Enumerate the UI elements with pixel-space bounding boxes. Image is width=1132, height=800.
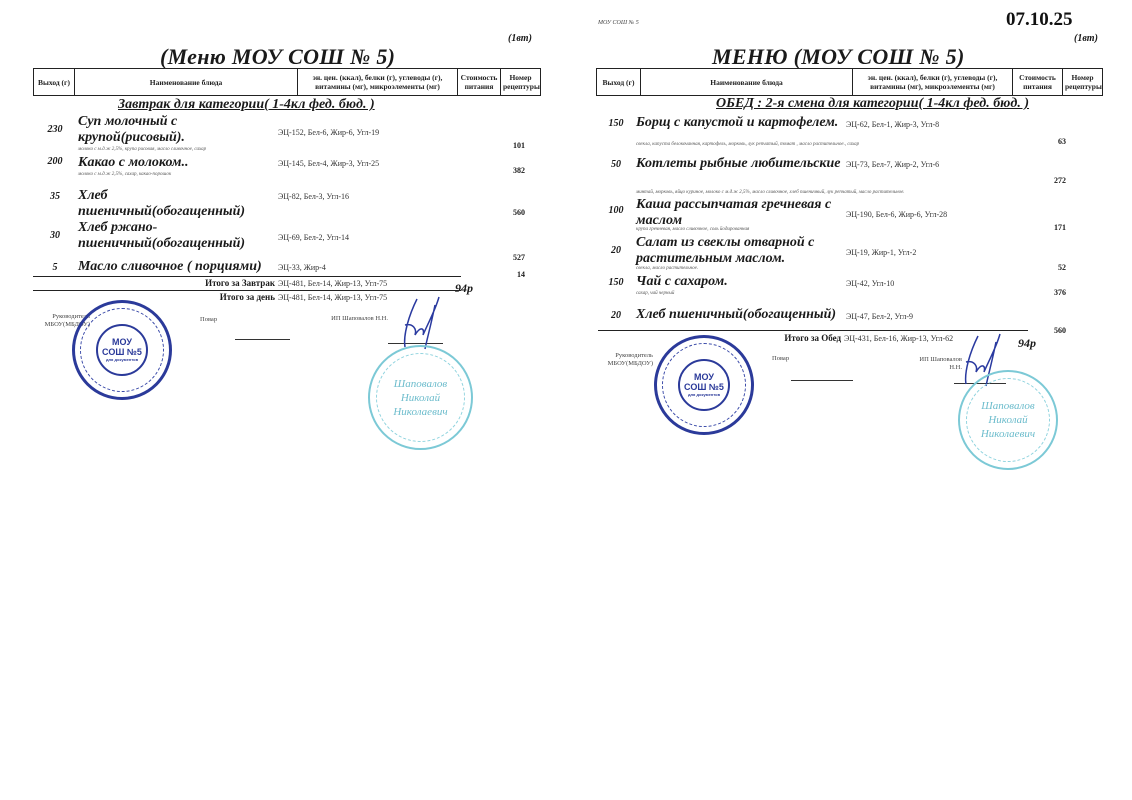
item-nutrition: ЭЦ-47, Бел-2, Угл-9 bbox=[846, 312, 913, 321]
item-yield: 20 bbox=[601, 245, 631, 256]
menu-header-table: Выход (г) Наименование блюда эн. цен. (к… bbox=[596, 68, 1103, 96]
item-nutrition: ЭЦ-69, Бел-2, Угл-14 bbox=[278, 233, 349, 242]
header-nutrition: эн. цен. (ккал), белки (г), углеводы (г)… bbox=[298, 69, 458, 96]
item-dish: Суп молочный с крупой(рисовый). bbox=[78, 114, 238, 146]
header-nutrition: эн. цен. (ккал), белки (г), углеводы (г)… bbox=[853, 69, 1013, 96]
ip-stamp: Шаповалов Николай Николаевич bbox=[368, 345, 473, 450]
cook-label: Повар bbox=[772, 355, 802, 363]
header-dish: Наименование блюда bbox=[641, 69, 853, 96]
total-day-label: Итого за день bbox=[120, 292, 275, 302]
item-yield: 20 bbox=[601, 310, 631, 321]
item-recipe: 560 bbox=[495, 208, 525, 217]
school-stamp: МОУ СОШ №5 для документов bbox=[654, 335, 754, 435]
item-dish: Каша рассыпчатая гречневая с маслом bbox=[636, 197, 836, 229]
item-yield: 150 bbox=[601, 118, 631, 129]
stamp-text: СОШ №5 bbox=[684, 382, 724, 392]
portion-label: (1вт) bbox=[508, 33, 532, 44]
item-yield: 50 bbox=[601, 159, 631, 170]
item-recipe: 63 bbox=[1036, 137, 1066, 146]
portion-label: (1вт) bbox=[1074, 33, 1098, 44]
item-dish: Масло сливочное ( порциями) bbox=[78, 259, 278, 275]
item-recipe: 272 bbox=[1036, 176, 1066, 185]
item-yield: 5 bbox=[40, 262, 70, 273]
supplier-label: ИП Шаповалов Н.Н. bbox=[906, 356, 962, 372]
item-yield: 200 bbox=[40, 156, 70, 167]
item-dish: Салат из свеклы отварной с растительным … bbox=[636, 235, 826, 267]
price: 94р bbox=[1018, 336, 1036, 351]
item-recipe: 527 bbox=[495, 253, 525, 262]
item-dish: Чай с сахаром. bbox=[636, 274, 836, 290]
item-ingredients: минтай, морковь, яйцо куриное, молоко с … bbox=[636, 190, 905, 195]
item-yield: 230 bbox=[40, 124, 70, 135]
divider bbox=[33, 276, 461, 277]
stamp-text: Николай bbox=[401, 391, 440, 405]
item-dish: Котлеты рыбные любительские bbox=[636, 156, 856, 172]
item-yield: 150 bbox=[601, 277, 631, 288]
item-nutrition: ЭЦ-190, Бел-6, Жир-6, Угл-28 bbox=[846, 210, 947, 219]
menu-date: 07.10.25 bbox=[1006, 9, 1073, 31]
item-dish: Какао с молоком.. bbox=[78, 155, 278, 171]
total-meal-nutrition: ЭЦ-431, Бел-16, Жир-13, Угл-62 bbox=[844, 334, 953, 343]
item-nutrition: ЭЦ-42, Угл-10 bbox=[846, 279, 894, 288]
item-ingredients: молоко с м.д.ж 2,5%, крупа рисовая, масл… bbox=[78, 147, 206, 152]
item-ingredients: молоко с м.д.ж 2,5%, сахар, какао-порошо… bbox=[78, 172, 171, 177]
divider bbox=[33, 290, 461, 291]
stamp-text: Николай bbox=[988, 413, 1027, 427]
header-recipe: Номер рецептуры bbox=[501, 69, 541, 96]
total-meal-nutrition: ЭЦ-481, Бел-14, Жир-13, Угл-75 bbox=[278, 279, 387, 288]
item-nutrition: ЭЦ-33, Жир-4 bbox=[278, 263, 326, 272]
item-ingredients: свекла, масло растительное. bbox=[636, 266, 698, 271]
item-nutrition: ЭЦ-19, Жир-1, Угл-2 bbox=[846, 248, 916, 257]
item-ingredients: сахар, чай черный bbox=[636, 291, 674, 296]
item-dish: Борщ с капустой и картофелем. bbox=[636, 115, 856, 131]
cook-signature-line bbox=[791, 380, 853, 381]
total-meal-label: Итого за Завтрак bbox=[120, 278, 275, 288]
section-title: Завтрак для категории( 1-4кл фед. бюд. ) bbox=[118, 97, 375, 113]
item-recipe: 101 bbox=[495, 141, 525, 150]
stamp-text: Шаповалов bbox=[981, 399, 1034, 413]
header-recipe: Номер рецептуры bbox=[1063, 69, 1103, 96]
item-nutrition: ЭЦ-73, Бел-7, Жир-2, Угл-6 bbox=[846, 160, 939, 169]
item-dish: Хлеб ржано-пшеничный(обогащенный) bbox=[78, 220, 263, 252]
header-yield: Выход (г) bbox=[597, 69, 641, 96]
item-recipe: 171 bbox=[1036, 223, 1066, 232]
item-nutrition: ЭЦ-152, Бел-6, Жир-6, Угл-19 bbox=[278, 128, 379, 137]
item-yield: 100 bbox=[601, 205, 631, 216]
menu-header-table: Выход (г) Наименование блюда эн. цен. (к… bbox=[33, 68, 541, 96]
stamp-text: МОУ bbox=[694, 372, 714, 382]
school-stamp: МОУ СОШ №5 для документов bbox=[72, 300, 172, 400]
stamp-text: Николаевич bbox=[393, 405, 447, 419]
item-ingredients: крупа гречневая, масло сливочное, соль й… bbox=[636, 227, 749, 232]
item-yield: 35 bbox=[40, 191, 70, 202]
item-recipe: 52 bbox=[1036, 263, 1066, 272]
stamp-text: СОШ №5 bbox=[102, 347, 142, 357]
item-yield: 30 bbox=[40, 230, 70, 241]
item-nutrition: ЭЦ-82, Бел-3, Угл-16 bbox=[278, 192, 349, 201]
ip-stamp: Шаповалов Николай Николаевич bbox=[958, 370, 1058, 470]
divider bbox=[598, 330, 1028, 331]
header-dish: Наименование блюда bbox=[75, 69, 298, 96]
signature-icon bbox=[395, 295, 445, 350]
item-ingredients: свекла, капуста белокочанная, картофель,… bbox=[636, 142, 859, 147]
menu-page-lunch: МОУ СОШ № 5 07.10.25 (1вт) МЕНЮ (МОУ СОШ… bbox=[566, 0, 1132, 800]
price: 94р bbox=[455, 281, 473, 296]
menu-page-breakfast: (1вт) (Меню МОУ СОШ № 5) Выход (г) Наиме… bbox=[0, 0, 566, 800]
director-label: Руководитель МБОУ(МБДОУ) bbox=[591, 352, 653, 368]
supplier-label: ИП Шаповалов Н.Н. bbox=[330, 315, 388, 323]
cook-label: Повар bbox=[200, 316, 230, 324]
item-dish: Хлеб пшеничный(обогащенный) bbox=[636, 307, 846, 323]
school-name-small: МОУ СОШ № 5 bbox=[598, 20, 639, 26]
header-cost: Стоимость питания bbox=[458, 69, 501, 96]
item-recipe: 560 bbox=[1036, 326, 1066, 335]
header-yield: Выход (г) bbox=[34, 69, 75, 96]
total-day-nutrition: ЭЦ-481, Бел-14, Жир-13, Угл-75 bbox=[278, 293, 387, 302]
item-recipe: 14 bbox=[495, 270, 525, 279]
section-title: ОБЕД : 2-я смена для категории( 1-4кл фе… bbox=[716, 96, 1029, 112]
cook-signature-line bbox=[235, 339, 290, 340]
stamp-text: Шаповалов bbox=[394, 377, 447, 391]
stamp-text: Николаевич bbox=[981, 427, 1035, 441]
stamp-text: МОУ bbox=[112, 337, 132, 347]
page-title: (Меню МОУ СОШ № 5) bbox=[160, 44, 395, 70]
header-cost: Стоимость питания bbox=[1013, 69, 1063, 96]
stamp-text: для документов bbox=[106, 357, 138, 362]
item-nutrition: ЭЦ-145, Бел-4, Жир-3, Угл-25 bbox=[278, 159, 379, 168]
item-dish: Хлеб пшеничный(обогащенный) bbox=[78, 188, 278, 220]
page-title: МЕНЮ (МОУ СОШ № 5) bbox=[712, 44, 965, 70]
stamp-text: для документов bbox=[688, 392, 720, 397]
item-nutrition: ЭЦ-62, Бел-1, Жир-3, Угл-8 bbox=[846, 120, 939, 129]
item-recipe: 382 bbox=[495, 166, 525, 175]
item-recipe: 376 bbox=[1036, 288, 1066, 297]
